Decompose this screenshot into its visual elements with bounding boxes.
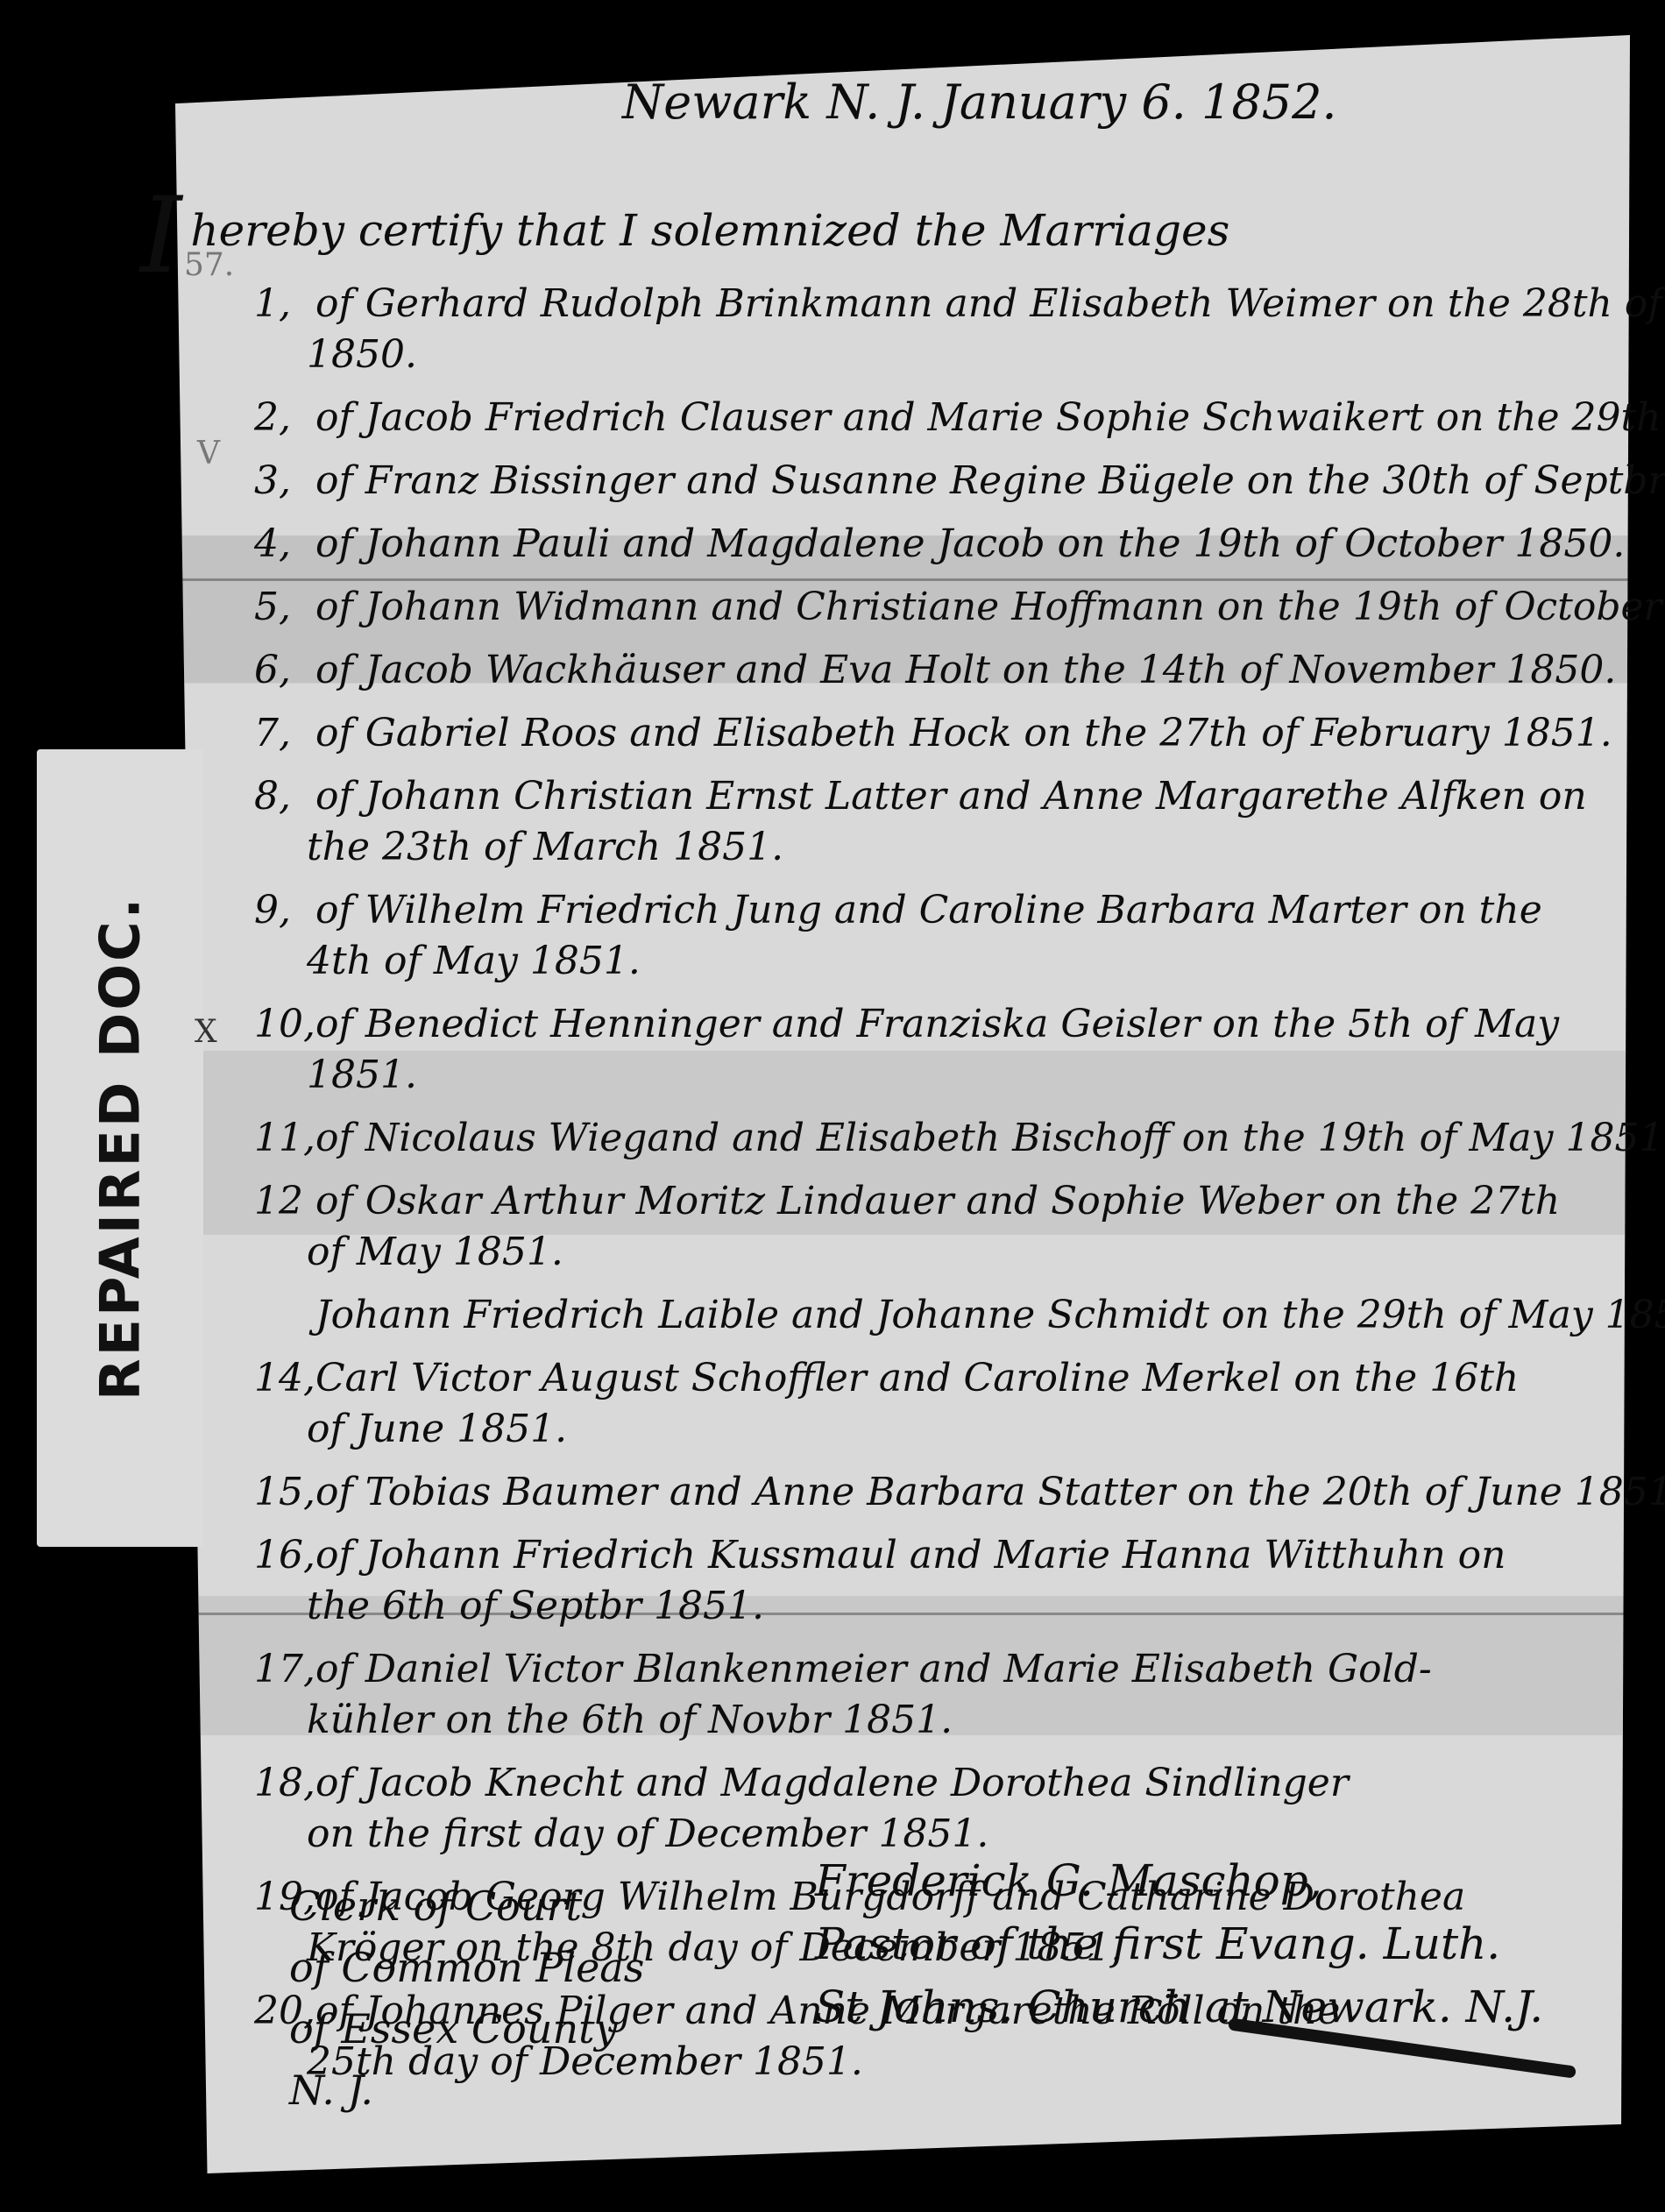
clerk-note-line: Clerk of Court <box>289 1875 644 1937</box>
marriage-entry: 11,of Nicolaus Wiegand and Elisabeth Bis… <box>254 1113 1621 1164</box>
entry-line: 4,of Johann Pauli and Magdalene Jacob on… <box>254 519 1621 570</box>
entry-line: 18,of Jacob Knecht and Magdalene Dorothe… <box>254 1758 1621 1809</box>
entry-line: 10,of Benedict Henninger and Franziska G… <box>254 999 1621 1050</box>
signature-line: St Johns. Church at Newark. N.J. <box>815 1975 1543 2038</box>
entry-number: 4, <box>254 519 315 570</box>
marriage-entry: 4,of Johann Pauli and Magdalene Jacob on… <box>254 519 1621 570</box>
entry-line: Johann Friedrich Laible and Johanne Schm… <box>254 1290 1621 1341</box>
entry-number: 8, <box>254 771 315 822</box>
entry-line: 2,of Jacob Friedrich Clauser and Marie S… <box>254 393 1621 443</box>
entry-number: 9, <box>254 885 315 936</box>
pastor-signature: Frederick G. Maschop,Pastor of the first… <box>815 1849 1543 2038</box>
entry-number: 10, <box>254 999 315 1050</box>
entry-number: 6, <box>254 645 315 696</box>
marriage-entry: Johann Friedrich Laible and Johanne Schm… <box>254 1290 1621 1341</box>
signature-line: Frederick G. Maschop, <box>815 1849 1543 1912</box>
marriage-entry: 5,of Johann Widmann and Christiane Hoffm… <box>254 582 1621 633</box>
clerk-note-line: of Essex County <box>289 1998 644 2060</box>
marriage-entry: 14,Carl Victor August Schoffler and Caro… <box>254 1353 1621 1455</box>
entry-line: 14,Carl Victor August Schoffler and Caro… <box>254 1353 1621 1404</box>
entry-number: 17, <box>254 1644 315 1695</box>
clerk-note-line: N. J. <box>289 2060 644 2121</box>
entry-line: 5,of Johann Widmann and Christiane Hoffm… <box>254 582 1621 633</box>
clerk-note-line: of Common Pleas <box>289 1937 644 1998</box>
marriage-entry: 10,of Benedict Henninger and Franziska G… <box>254 999 1621 1101</box>
clerk-note: Clerk of Courtof Common Pleasof Essex Co… <box>289 1875 644 2121</box>
marriage-entry: 8,of Johann Christian Ernst Latter and A… <box>254 771 1621 873</box>
entry-line: 11,of Nicolaus Wiegand and Elisabeth Bis… <box>254 1113 1621 1164</box>
marriage-entries-list: 1,of Gerhard Rudolph Brinkmann and Elisa… <box>254 279 1621 2100</box>
certification-intro: Ihereby certify that I solemnized the Ma… <box>140 184 1229 289</box>
margin-check-mark: V <box>197 438 220 470</box>
entry-line: 12of Oskar Arthur Moritz Lindauer and So… <box>254 1176 1621 1227</box>
document-heading: Newark N. J. January 6. 1852. <box>622 79 1337 126</box>
entry-line: 7,of Gabriel Roos and Elisabeth Hock on … <box>254 708 1621 759</box>
entry-line: 17,of Daniel Victor Blankenmeier and Mar… <box>254 1644 1621 1695</box>
entry-continuation: the 23th of March 1851. <box>254 822 1621 873</box>
marriage-entry: 1,of Gerhard Rudolph Brinkmann and Elisa… <box>254 279 1621 380</box>
marriage-entry: 15,of Tobias Baumer and Anne Barbara Sta… <box>254 1467 1621 1518</box>
entry-number: 16, <box>254 1530 315 1581</box>
entry-number: 14, <box>254 1353 315 1404</box>
entry-line: 16,of Johann Friedrich Kussmaul and Mari… <box>254 1530 1621 1581</box>
entry-continuation: 1850. <box>254 330 1621 380</box>
marriage-entry: 6,of Jacob Wackhäuser and Eva Holt on th… <box>254 645 1621 696</box>
entry-number: 3, <box>254 456 315 507</box>
entry-continuation: 4th of May 1851. <box>254 936 1621 987</box>
entry-number: 12 <box>254 1176 315 1227</box>
entry-number: 5, <box>254 582 315 633</box>
marriage-entry: 17,of Daniel Victor Blankenmeier and Mar… <box>254 1644 1621 1746</box>
margin-cross-mark: X <box>195 1017 217 1048</box>
entry-number: 7, <box>254 708 315 759</box>
margin-page-number: 57. <box>184 250 234 281</box>
entry-continuation: kühler on the 6th of Novbr 1851. <box>254 1695 1621 1746</box>
marriage-entry: 16,of Johann Friedrich Kussmaul and Mari… <box>254 1530 1621 1632</box>
entry-number: 11, <box>254 1113 315 1164</box>
marriage-entry: 9,of Wilhelm Friedrich Jung and Caroline… <box>254 885 1621 987</box>
entry-line: 1,of Gerhard Rudolph Brinkmann and Elisa… <box>254 279 1621 330</box>
entry-continuation: of June 1851. <box>254 1404 1621 1455</box>
entry-line: 3,of Franz Bissinger and Susanne Regine … <box>254 456 1621 507</box>
entry-number: 18, <box>254 1758 315 1809</box>
entry-line: 6,of Jacob Wackhäuser and Eva Holt on th… <box>254 645 1621 696</box>
entry-line: 9,of Wilhelm Friedrich Jung and Caroline… <box>254 885 1621 936</box>
marriage-entry: 2,of Jacob Friedrich Clauser and Marie S… <box>254 393 1621 443</box>
marriage-entry: 7,of Gabriel Roos and Elisabeth Hock on … <box>254 708 1621 759</box>
entry-continuation: 1851. <box>254 1050 1621 1101</box>
entry-continuation: the 6th of Septbr 1851. <box>254 1581 1621 1632</box>
entry-line: 15,of Tobias Baumer and Anne Barbara Sta… <box>254 1467 1621 1518</box>
intro-text: hereby certify that I solemnized the Mar… <box>190 205 1229 256</box>
marriage-entry: 12of Oskar Arthur Moritz Lindauer and So… <box>254 1176 1621 1278</box>
repaired-doc-label: REPAIRED DOC. <box>37 749 203 1547</box>
repaired-doc-text: REPAIRED DOC. <box>89 896 152 1400</box>
entry-continuation: of May 1851. <box>254 1227 1621 1278</box>
marriage-entry: 3,of Franz Bissinger and Susanne Regine … <box>254 456 1621 507</box>
signature-line: Pastor of the first Evang. Luth. <box>815 1912 1543 1975</box>
entry-number: 2, <box>254 393 315 443</box>
entry-number: 15, <box>254 1467 315 1518</box>
drop-cap: I <box>140 175 181 297</box>
entry-line: 8,of Johann Christian Ernst Latter and A… <box>254 771 1621 822</box>
marriage-entry: 18,of Jacob Knecht and Magdalene Dorothe… <box>254 1758 1621 1860</box>
entry-number: 1, <box>254 279 315 330</box>
